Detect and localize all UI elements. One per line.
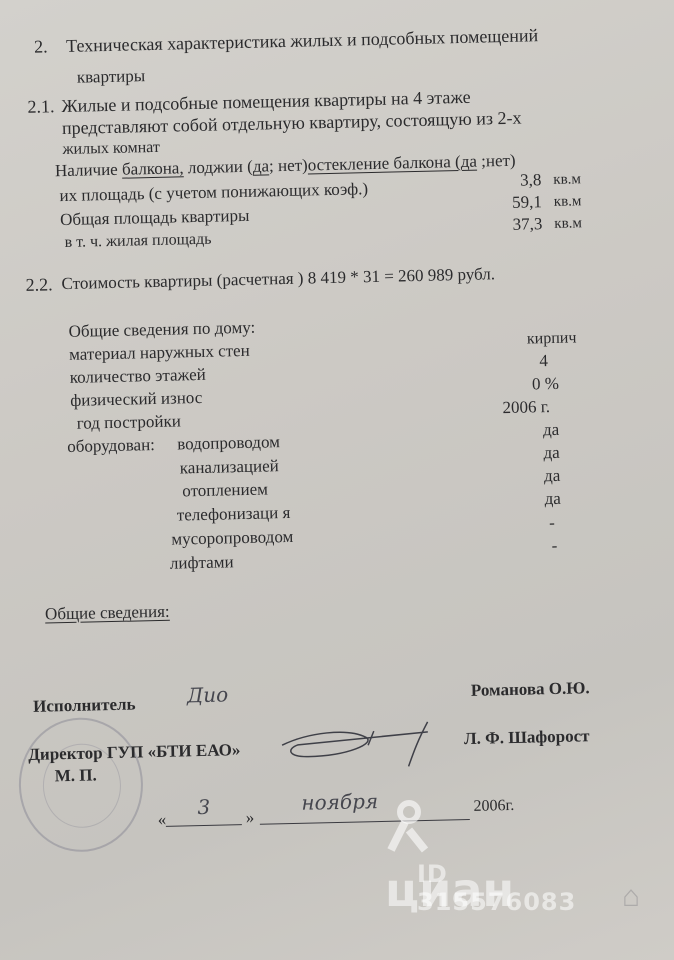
equip-garbage-label: мусоропроводом [171,527,293,550]
loggia-no: ; нет) [269,155,308,175]
total-area-unit: кв.м [554,191,582,212]
glazing-text: остекление балкона (да [308,152,478,175]
date-month: ноября [301,789,378,815]
section-title-cont: квартиры [77,66,146,88]
corner-emblem: ⌂ [622,880,640,914]
equip-phone-value: да [544,489,561,509]
section-number: 2. [34,36,48,56]
date-day-line [166,824,242,827]
rooms-line-cont: жилых комнат [62,138,160,160]
loggia-text: лоджии ( [183,157,253,178]
equip-garbage-value: - [549,513,555,533]
equip-sewer-value: да [543,443,560,463]
equip-heating-label: отоплением [182,479,268,501]
equip-heating-value: да [544,466,561,486]
director-label: Директор ГУП «БТИ ЕАО» [28,740,241,765]
listing-id: ID 315576083 [417,860,576,916]
general-info-heading: Общие сведения: [45,602,170,625]
living-area-label: в т. ч. жилая площадь [64,230,211,253]
equip-water-value: да [543,420,560,440]
balcony-prefix: Наличие [55,160,122,181]
floors-label: количество этажей [69,365,205,388]
walls-label: материал наружных стен [69,341,250,365]
section-title: Техническая характеристика жилых и подсо… [66,25,538,56]
equip-phone-label: телефонизаци я [177,503,291,526]
living-area-unit: кв.м [554,213,582,234]
executor-label: Исполнитель [33,695,136,717]
seal-label: М. П. [55,765,97,786]
director-signature [278,719,449,773]
glazing-no: ;нет) [477,151,516,171]
wear-label: физический износ [70,388,202,411]
area-unit: кв.м [553,169,581,190]
executor-signature: Дио [187,682,229,707]
subsection-2-2-number: 2.2. [25,274,52,295]
wear-value: 0 % [532,374,559,395]
equip-elevator-label: лифтами [170,552,234,573]
subsection-number: 2.1. [27,96,54,117]
loggia-yes: да [253,156,270,175]
balcony-word: балкона, [122,158,184,178]
equipped-label: оборудован: [67,435,155,457]
equip-water-label: водопроводом [177,432,280,454]
cost-line: Стоимость квартиры (расчетная ) 8 419 * … [61,264,495,294]
equip-elevator-value: - [551,536,557,556]
document-page: 2. Техническая характеристика жилых и по… [0,0,674,960]
house-heading: Общие сведения по дому: [68,318,255,342]
executor-name: Романова О.Ю. [471,678,590,701]
living-area-value: 37,3 [498,214,542,235]
total-area-value: 59,1 [498,192,542,213]
equip-sewer-label: канализацией [180,456,279,478]
date-day: 3 [197,795,210,819]
total-area-label: Общая площадь квартиры [60,206,250,230]
year-value: 2006 г. [502,397,550,418]
date-open-quote: « [158,810,167,830]
area-label: их площадь (с учетом понижающих коэф.) [59,179,368,206]
walls-value: кирпич [527,328,577,349]
map-pin-icon [385,800,429,856]
area-value: 3,8 [497,170,541,191]
date-close-quote: » [246,808,255,828]
year-label: год постройки [77,411,182,433]
floors-value: 4 [539,351,548,371]
director-name: Л. Ф. Шафорост [464,726,590,749]
